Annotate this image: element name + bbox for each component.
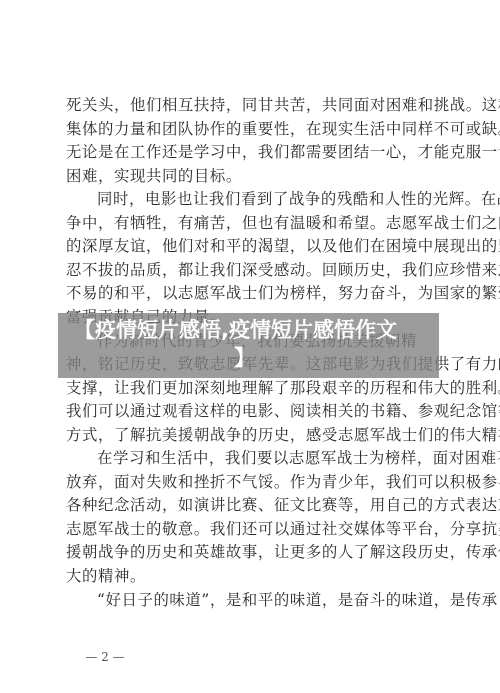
banner-title-line1: 【疫情短片感悟,疫情短片感悟作文 [74,318,397,342]
text-line: 援朝战争的历史和英雄故事，让更多的人了解这段历史，传承伟 [66,542,438,562]
text-line: 志愿军战士的敬意。我们还可以通过社交媒体等平台，分享抗美 [66,519,438,539]
text-line: 无论是在工作还是学习中，我们都需要团结一心，才能克服一切 [66,142,438,162]
banner-title[interactable]: 【疫情短片感悟,疫情短片感悟作文 】 [74,316,444,372]
text-line: 的深厚友谊，他们对和平的渴望，以及他们在困境中展现出的坚 [66,236,438,256]
text-line: 不易的和平，以志愿军战士们为榜样，努力奋斗，为国家的繁荣 [66,283,438,303]
text-line: 大的精神。 [66,566,438,586]
text-line: 忍不拔的品质，都让我们深受感动。回顾历史，我们应珍惜来之 [66,260,438,280]
text-line: 放弃，面对失败和挫折不气馁。作为青少年，我们可以积极参与 [66,472,438,492]
text-line: “好日子的味道”，是和平的味道，是奋斗的味道，是传承 [97,590,438,610]
text-line: 同时，电影也让我们看到了战争的残酷和人性的光辉。在战 [97,189,438,209]
text-line: 困难，实现共同的目标。 [66,166,438,186]
text-line: 支撑，让我们更加深刻地理解了那段艰辛的历程和伟大的胜利。 [66,378,438,398]
document-page: 死关头，他们相互扶持，同甘共苦，共同面对困难和挑战。这种集体的力量和团队协作的重… [0,0,500,693]
banner-title-line2: 】 [74,344,444,372]
text-line: 集体的力量和团队协作的重要性，在现实生活中同样不可或缺。 [66,119,438,139]
page-number: — 2 — [80,650,130,664]
text-line: 争中，有牺牲，有痛苦，但也有温暖和希望。志愿军战士们之间 [66,213,438,233]
text-line: 各种纪念活动，如演讲比赛、征文比赛等，用自己的方式表达对 [66,495,438,515]
text-line: 死关头，他们相互扶持，同甘共苦，共同面对困难和挑战。这种 [66,95,438,115]
text-line: 方式，了解抗美援朝战争的历史，感受志愿军战士们的伟大精神。 [66,425,438,445]
text-line: 我们可以通过观看这样的电影、阅读相关的书籍、参观纪念馆等 [66,401,438,421]
text-line: 在学习和生活中，我们要以志愿军战士为榜样，面对困难不 [97,448,438,468]
